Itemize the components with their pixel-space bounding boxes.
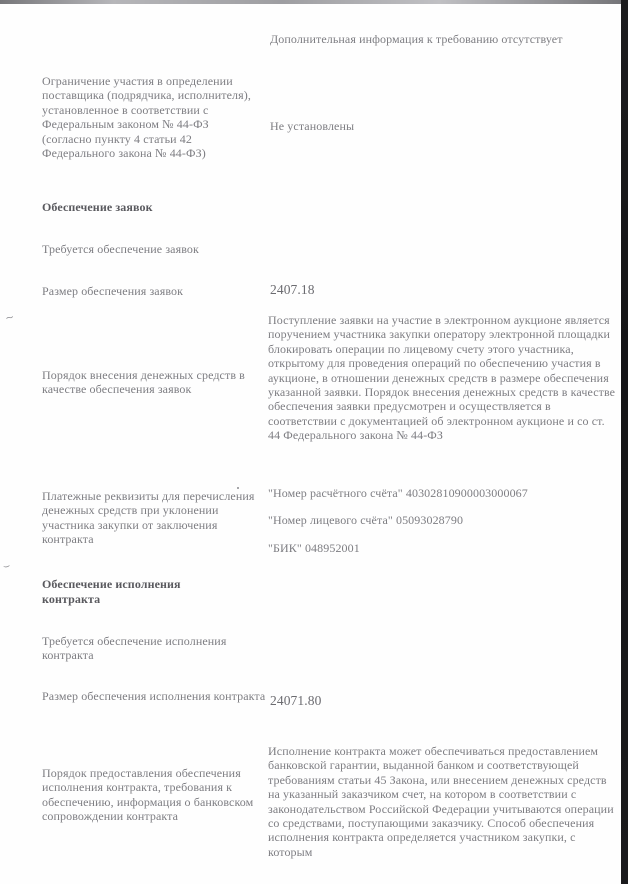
restriction-value: Не установлены bbox=[270, 119, 470, 133]
contract-security-amount-value: 24071.80 bbox=[270, 694, 420, 708]
payment-detail-personal-account: "Номер лицевого счёта" 05093028790 bbox=[268, 513, 618, 527]
payment-details-list: "Номер расчётного счёта" 403028109000030… bbox=[268, 486, 618, 568]
scan-right-edge-artifact bbox=[621, 0, 628, 884]
contract-security-required-label: Требуется обеспечение исполнения контрак… bbox=[42, 634, 280, 663]
scan-mark-artifact: ⌣ bbox=[2, 560, 11, 574]
application-security-amount-label: Размер обеспечения заявок bbox=[42, 284, 282, 298]
additional-info-note: Дополнительная информация к требованию о… bbox=[270, 32, 610, 46]
contract-security-amount-label: Размер обеспечения исполнения контракта bbox=[42, 689, 280, 703]
payment-detail-bik: "БИК" 048952001 bbox=[268, 541, 618, 555]
application-security-amount-value: 2407.18 bbox=[270, 283, 420, 297]
section-heading-application-security: Обеспечение заявок bbox=[42, 200, 262, 215]
deposit-procedure-label: Порядок внесения денежных средств в каче… bbox=[42, 368, 260, 397]
scan-top-edge-artifact bbox=[0, 0, 628, 4]
deposit-procedure-text: Поступление заявки на участие в электрон… bbox=[268, 313, 616, 443]
scan-mark-artifact: ∼ bbox=[4, 310, 16, 325]
application-security-required-label: Требуется обеспечение заявок bbox=[42, 242, 282, 256]
payment-detail-account: "Номер расчётного счёта" 403028109000030… bbox=[268, 486, 618, 500]
contract-procedure-label: Порядок предоставления обеспечения испол… bbox=[42, 766, 274, 824]
scanned-document-page: ∼ ⌣ Дополнительная информация к требован… bbox=[0, 0, 628, 884]
contract-procedure-text: Исполнение контракта может обеспечиватьс… bbox=[268, 744, 620, 859]
restriction-label: Ограничение участия в определении постав… bbox=[42, 74, 255, 160]
section-heading-contract-security: Обеспечение исполнения контракта bbox=[42, 577, 227, 607]
payment-details-label: Платежные реквизиты для перечисления ден… bbox=[42, 489, 270, 547]
